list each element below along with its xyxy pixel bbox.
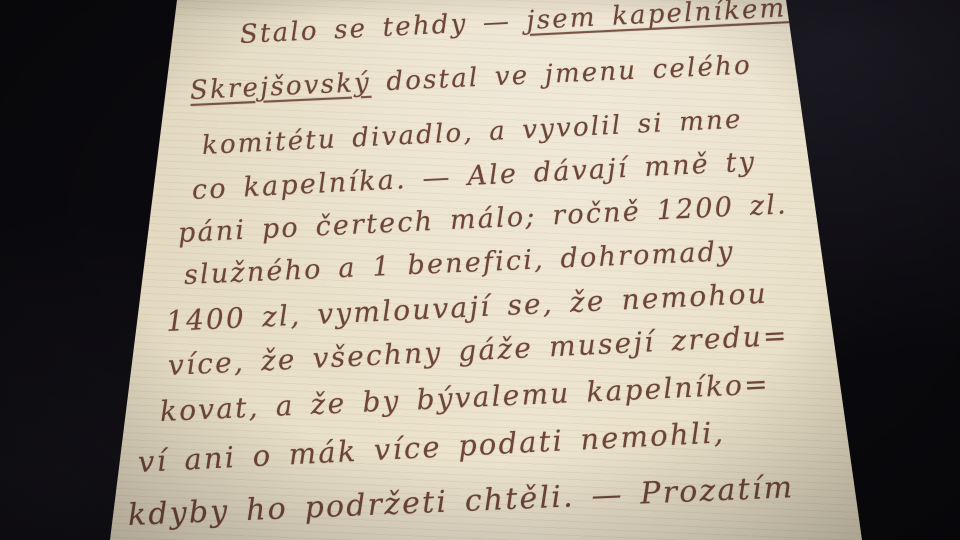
handwritten-line-9: kovat, a že by bývalemu kapelníko= — [159, 367, 770, 428]
line-2-text: dostal ve jmenu celého — [370, 51, 752, 98]
photographed-letter: Stalo se tehdy — jsem kapelníkem! Skrejš… — [0, 0, 960, 540]
handwritten-line-4: co kapelníka. — Ale dávají mně ty — [191, 146, 757, 206]
handwritten-line-2: Skrejšovský dostal ve jmenu celého — [189, 51, 752, 106]
handwritten-line-11: kdyby ho podržeti chtěli. — Prozatím — [127, 470, 795, 533]
letter-paper: Stalo se tehdy — jsem kapelníkem! Skrejš… — [0, 0, 960, 540]
handwritten-line-8: více, že všechny gáže musejí zredu= — [167, 319, 789, 382]
handwritten-line-5: páni po čertech málo; ročně 1200 zl. — [177, 189, 788, 249]
line-1-underlined-text: jsem kapelníkem! — [526, 0, 800, 36]
handwritten-line-1: Stalo se tehdy — jsem kapelníkem! — [239, 0, 799, 50]
line-2-underlined-text: Skrejšovský — [189, 68, 371, 106]
handwritten-line-10: ví ani o mák více podati nemohli, — [137, 415, 726, 479]
handwritten-line-6: služného a 1 benefici, dohromady — [183, 236, 735, 291]
handwritten-line-3: komitétu divadlo, a vyvolil si mne — [201, 105, 743, 161]
handwritten-line-7: 1400 zl, vymlouvají se, že nemohou — [165, 277, 768, 338]
line-1-text: Stalo se tehdy — — [239, 6, 527, 50]
